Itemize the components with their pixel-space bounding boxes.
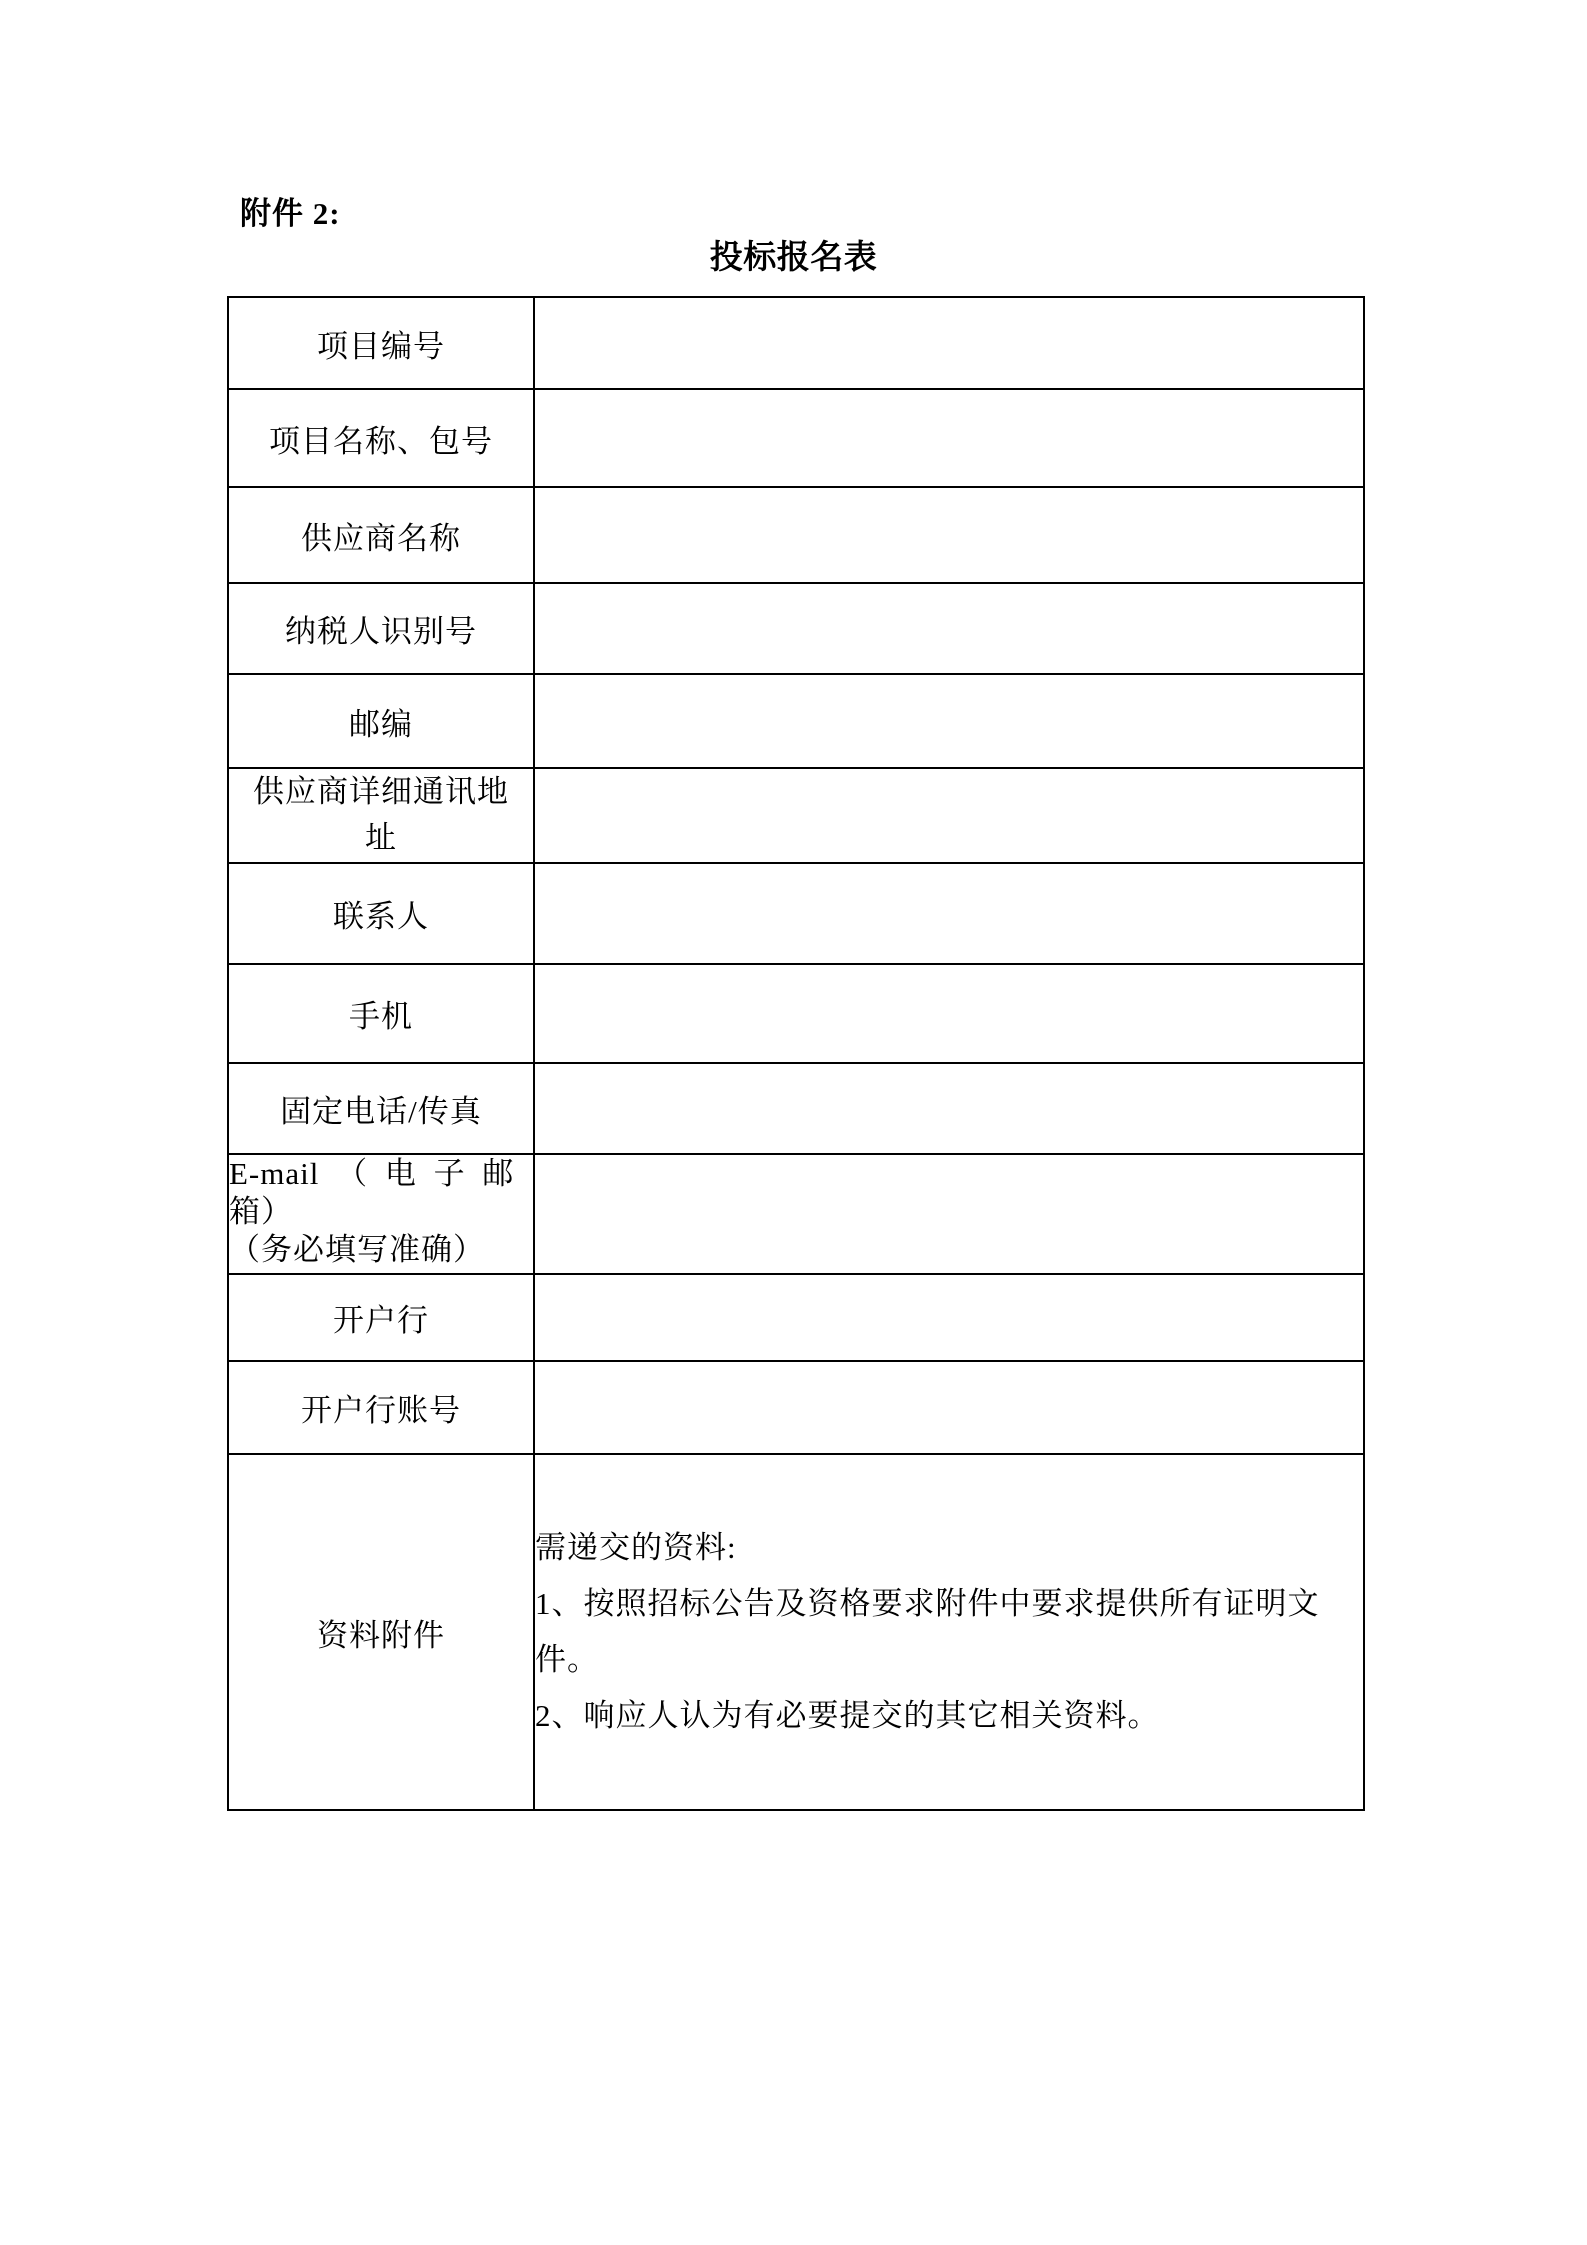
value-bank-account xyxy=(534,1361,1364,1454)
label-project-number: 项目编号 xyxy=(228,297,534,389)
label-postal-code: 邮编 xyxy=(228,674,534,768)
table-row: 开户行 xyxy=(228,1274,1364,1361)
label-supplier-name: 供应商名称 xyxy=(228,487,534,583)
value-contact-person xyxy=(534,863,1364,964)
label-phone-fax: 固定电话/传真 xyxy=(228,1063,534,1154)
label-contact-person: 联系人 xyxy=(228,863,534,964)
label-bank-name: 开户行 xyxy=(228,1274,534,1361)
table-row: 开户行账号 xyxy=(228,1361,1364,1454)
value-mobile-phone xyxy=(534,964,1364,1063)
label-bank-account: 开户行账号 xyxy=(228,1361,534,1454)
table-row: 资料附件 需递交的资料: 1、按照招标公告及资格要求附件中要求提供所有证明文件。… xyxy=(228,1454,1364,1810)
label-taxpayer-id: 纳税人识别号 xyxy=(228,583,534,674)
label-attachments: 资料附件 xyxy=(228,1454,534,1810)
value-postal-code xyxy=(534,674,1364,768)
value-supplier-address xyxy=(534,768,1364,863)
value-email xyxy=(534,1154,1364,1274)
table-row: 联系人 xyxy=(228,863,1364,964)
value-project-name-package xyxy=(534,389,1364,487)
label-project-name-package: 项目名称、包号 xyxy=(228,389,534,487)
document-page: 附件 2: 投标报名表 项目编号 项目名称、包号 供应商名称 纳税人识别号 xyxy=(0,0,1587,2245)
value-bank-name xyxy=(534,1274,1364,1361)
label-mobile-phone: 手机 xyxy=(228,964,534,1063)
table-row: 供应商名称 xyxy=(228,487,1364,583)
value-supplier-name xyxy=(534,487,1364,583)
table-row: E-mail （ 电 子 邮 箱） （务必填写准确） xyxy=(228,1154,1364,1274)
table-row: 项目名称、包号 xyxy=(228,389,1364,487)
bid-registration-table: 项目编号 项目名称、包号 供应商名称 纳税人识别号 邮编 供应商详细通讯地 址 xyxy=(227,296,1365,1811)
value-phone-fax xyxy=(534,1063,1364,1154)
label-supplier-address: 供应商详细通讯地 址 xyxy=(228,768,534,863)
value-attachments: 需递交的资料: 1、按照招标公告及资格要求附件中要求提供所有证明文件。 2、响应… xyxy=(534,1454,1364,1810)
attachment-label: 附件 2: xyxy=(240,188,341,233)
label-email: E-mail （ 电 子 邮 箱） （务必填写准确） xyxy=(228,1154,534,1274)
table-row: 手机 xyxy=(228,964,1364,1063)
table-row: 供应商详细通讯地 址 xyxy=(228,768,1364,863)
table-row: 邮编 xyxy=(228,674,1364,768)
value-taxpayer-id xyxy=(534,583,1364,674)
value-project-number xyxy=(534,297,1364,389)
page-title: 投标报名表 xyxy=(0,231,1587,278)
table-row: 项目编号 xyxy=(228,297,1364,389)
table-row: 纳税人识别号 xyxy=(228,583,1364,674)
table-row: 固定电话/传真 xyxy=(228,1063,1364,1154)
